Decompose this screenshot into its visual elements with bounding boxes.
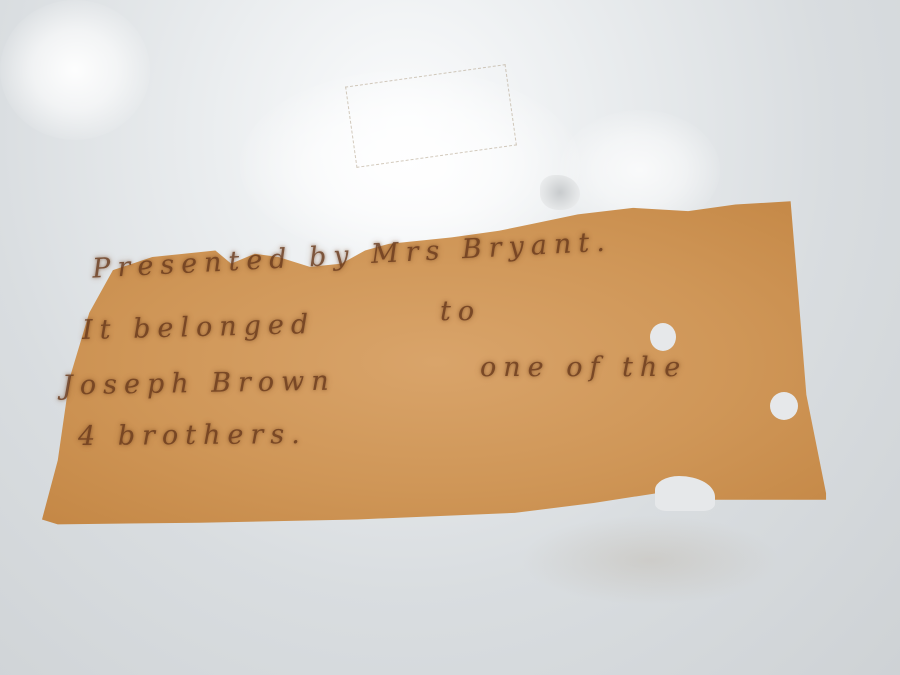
- handwriting-line-3-end: one of the: [480, 352, 687, 383]
- handwriting-line-2-end: to: [440, 296, 481, 327]
- label-tear: [650, 323, 676, 351]
- label-tear: [770, 392, 798, 420]
- surface-stain: [520, 515, 780, 605]
- handwriting-line-3: Joseph Brown: [62, 366, 336, 402]
- glaze-chip: [540, 175, 580, 210]
- glaze-reflection: [0, 0, 150, 140]
- handwriting-line-4: 4 brothers.: [78, 419, 307, 452]
- handwriting-line-2: It belonged: [82, 309, 316, 346]
